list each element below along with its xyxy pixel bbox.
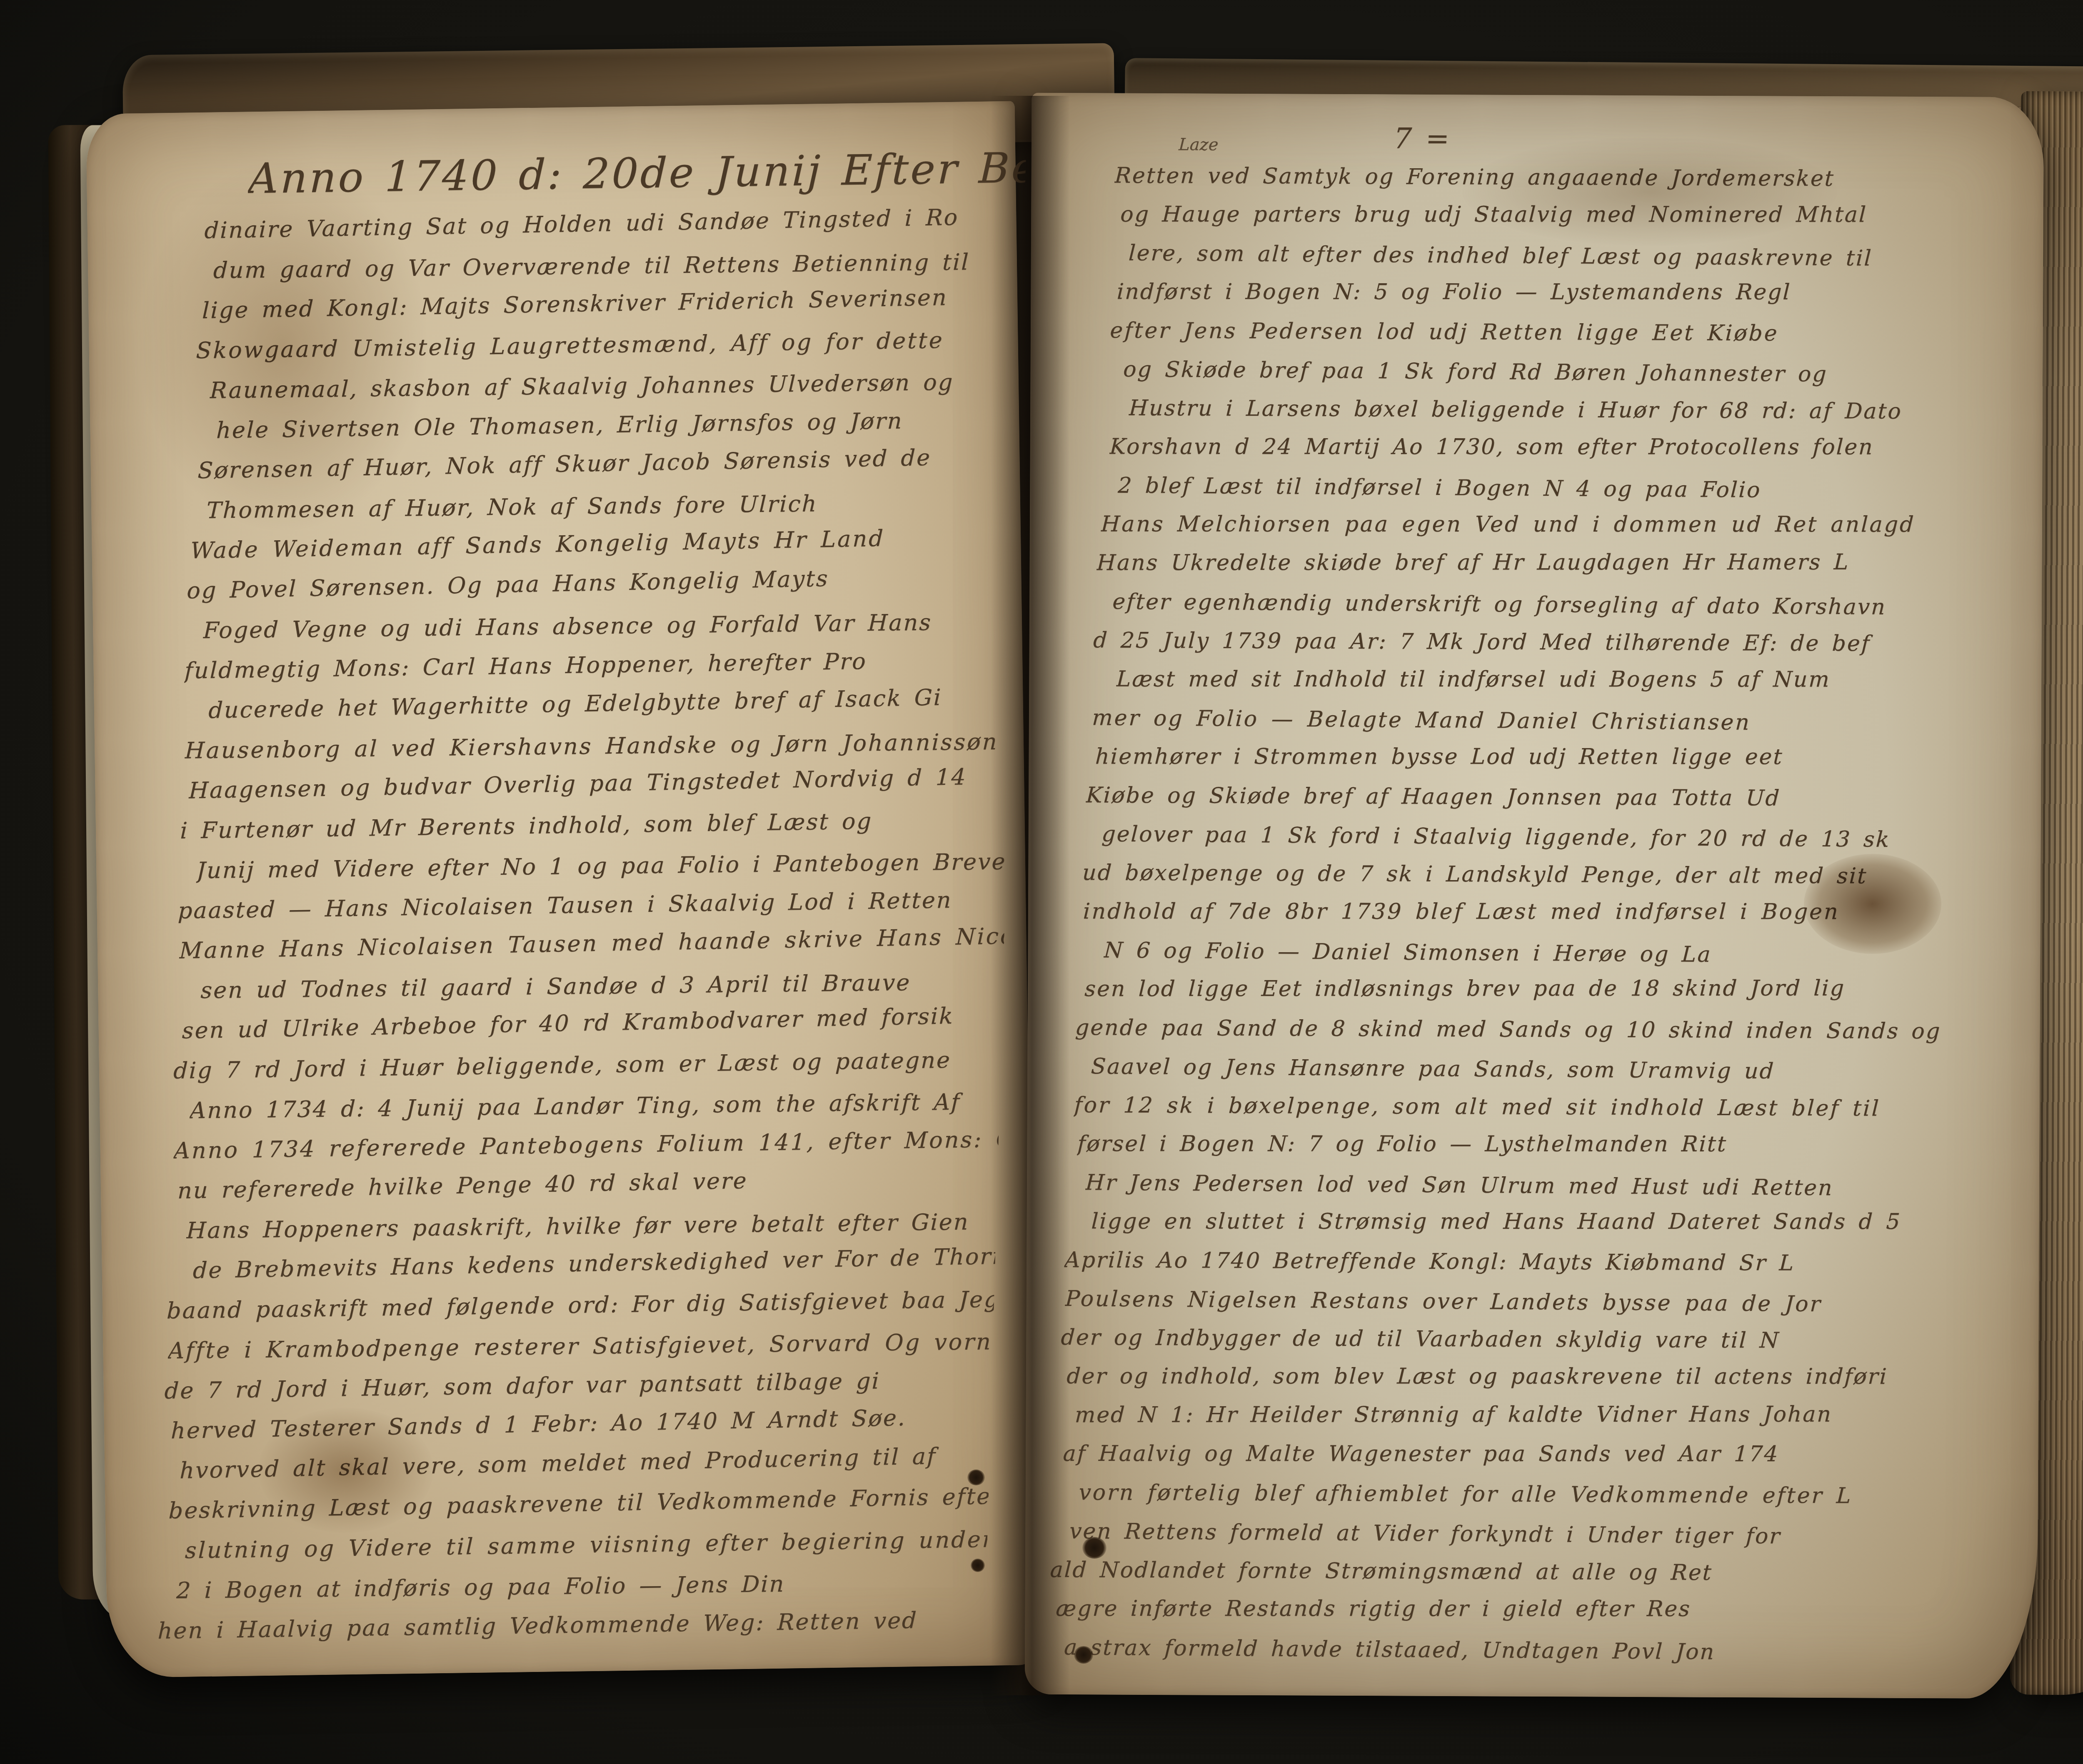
- left-page: Anno 1740 d: 20de Junij Efter Berammelse…: [86, 101, 1037, 1678]
- right-page-text: Laze 7 = Retten ved Samtyk og Forening a…: [991, 93, 2078, 1699]
- manuscript-line: ligge en sluttet i Strømsig med Hans Haa…: [1091, 1202, 1989, 1241]
- right-page-lines: Retten ved Samtyk og Forening angaaende …: [1046, 157, 2037, 1671]
- left-page-text: Anno 1740 d: 20de Junij Efter Berammelse…: [75, 101, 1048, 1679]
- manuscript-line: og Skiøde bref paa 1 Sk ford Rd Børen Jo…: [1122, 350, 2028, 396]
- manuscript-line: Retten ved Samtyk og Forening angaaende …: [1114, 157, 2037, 200]
- wormhole: [1074, 1646, 1093, 1664]
- manuscript-line: vorn førtelig blef afhiemblet for alle V…: [1078, 1473, 1976, 1516]
- manuscript-line: efter egenhændig underskrift og forsegli…: [1111, 583, 2017, 628]
- manuscript-line: Hustru i Larsens bøxel beliggende i Huør…: [1128, 389, 2026, 432]
- manuscript-line: og Hauge parters brug udj Staalvig med N…: [1120, 195, 2036, 235]
- manuscript-line: der og Indbygger de ud til Vaarbaden sky…: [1060, 1318, 1983, 1361]
- manuscript-line: ægre inførte Restands rigtig der i gield…: [1055, 1589, 1971, 1629]
- wormhole: [967, 1470, 985, 1485]
- manuscript-line: Poulsens Nigelsen Restans over Landets b…: [1064, 1280, 1985, 1325]
- marginal-note: Laze: [1178, 135, 1219, 154]
- manuscript-line: indførst i Bogen N: 5 og Folio — Lystema…: [1116, 273, 2032, 312]
- manuscript-line: der og indhold, som blev Læst og paaskre…: [1066, 1357, 1981, 1396]
- manuscript-line: med N 1: Hr Heilder Strønnig af kaldte V…: [1074, 1395, 1980, 1435]
- manuscript-line: Saavel og Jens Hansønre paa Sands, som U…: [1090, 1047, 1996, 1093]
- page-number: 7 =: [1393, 122, 1453, 156]
- manuscript-line: førsel i Bogen N: 7 og Folio — Lysthelma…: [1076, 1125, 1992, 1164]
- manuscript-line: sen lod ligge Eet indløsnings brev paa d…: [1084, 969, 2000, 1008]
- manuscript-line: gelover paa 1 Sk ford i Staalvig liggend…: [1101, 815, 2006, 860]
- wormhole: [1082, 1537, 1106, 1559]
- manuscript-line: a strax formeld havde tilstaaed, Undtage…: [1063, 1628, 1969, 1674]
- manuscript-line: gende paa Sand de 8 skind med Sands og 1…: [1074, 1008, 1998, 1051]
- manuscript-line: Aprilis Ao 1740 Betreffende Kongl: Mayts…: [1064, 1241, 1987, 1284]
- manuscript-line: d 25 July 1739 paa Ar: 7 Mk Jord Med til…: [1092, 621, 2016, 664]
- right-page: Laze 7 = Retten ved Samtyk og Forening a…: [1025, 93, 2044, 1699]
- manuscript-line: efter Jens Pedersen lod udj Retten ligge…: [1109, 312, 2030, 354]
- manuscript-line: ud bøxelpenge og de 7 sk i Landskyld Pen…: [1081, 853, 2005, 896]
- manuscript-line: hiemhører i Strommen bysse Lod udj Rette…: [1094, 737, 2010, 776]
- manuscript-line: Hans Melchiorsen paa egen Ved und i domm…: [1100, 505, 2021, 544]
- right-page-header: Laze 7 =: [1116, 108, 2039, 158]
- manuscript-line: Kiøbe og Skiøde bref af Haagen Jonnsen p…: [1085, 776, 2008, 819]
- manuscript-line: for 12 sk i bøxelpenge, som alt med sit …: [1073, 1086, 1994, 1129]
- manuscript-line: Hans Ukredelte skiøde bref af Hr Laugdag…: [1096, 543, 2019, 582]
- manuscript-line: ven Rettens formeld at Vider forkyndt i …: [1069, 1512, 1974, 1557]
- manuscript-line: Læst med sit Indhold til indførsel udi B…: [1116, 660, 2014, 699]
- manuscript-line: af Haalvig og Malte Wagenester paa Sands…: [1062, 1435, 1978, 1474]
- wormhole: [971, 1559, 985, 1572]
- manuscript-photo: Anno 1740 d: 20de Junij Efter Berammelse…: [0, 0, 2083, 1764]
- manuscript-line: Korshavn d 24 Martij Ao 1730, som efter …: [1109, 428, 2025, 467]
- manuscript-line: ald Nodlandet fornte Strømingsmænd at al…: [1049, 1551, 1973, 1594]
- manuscript-line: indhold af 7de 8br 1739 blef Læst med in…: [1082, 892, 2003, 931]
